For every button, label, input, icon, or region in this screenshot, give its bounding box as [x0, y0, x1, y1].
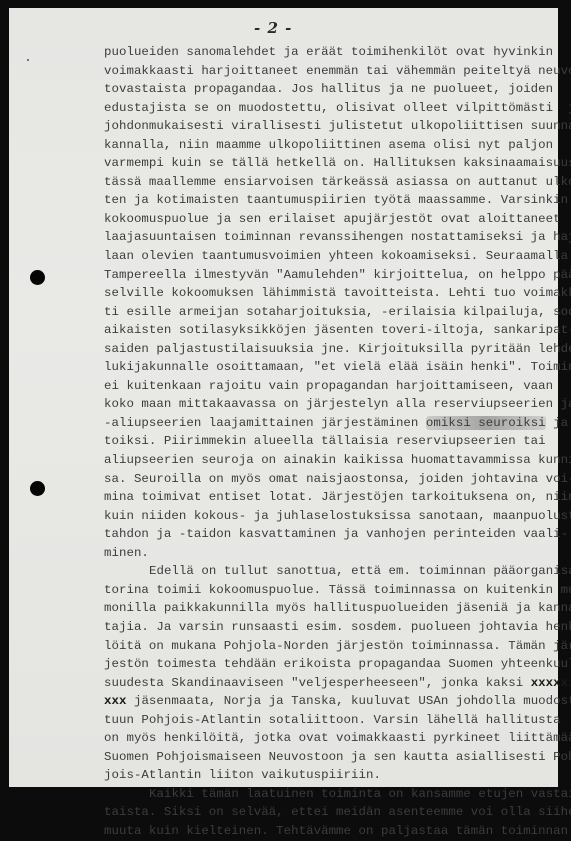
text-line: tuun Pohjois-Atlantin sotaliittoon. Vars… — [104, 711, 571, 730]
text-line: laajasuuntaisen toiminnan revanssihengen… — [104, 228, 571, 247]
text-line: ten ja kotimaisten taantumuspiirien työt… — [104, 191, 571, 210]
text-line: koko maan mittakaavassa on järjestelyn a… — [104, 395, 571, 414]
smudged-text: omiksi seuroiksi — [426, 416, 546, 430]
text-line: saiden paljastustilaisuuksia jne. Kirjoi… — [104, 340, 571, 359]
text-line: aliupseerien seuroja on ainakin kaikissa… — [104, 451, 571, 470]
text-line: Tampereella ilmestyvän "Aamulehden" kirj… — [104, 266, 571, 285]
text-line: voimakkaasti harjoittaneet enemmän tai v… — [104, 62, 571, 81]
text-line: xxx jäsenmaata, Norja ja Tanska, kuuluva… — [104, 692, 571, 711]
text-line: puolueiden sanomalehdet ja eräät toimihe… — [104, 43, 571, 62]
text-line: kannalla, niin maamme ulkopoliittinen as… — [104, 136, 571, 155]
text-line: lukijakunnalle osoittamaan, "et vielä el… — [104, 358, 571, 377]
text-line: tovastaista propagandaa. Jos hallitus ja… — [104, 80, 571, 99]
text-line: ti esille armeijan sotaharjoituksia, -er… — [104, 303, 571, 322]
text-line: johdonmukaisesti virallisesti julistetut… — [104, 117, 571, 136]
text-line: jois-Atlantin liiton vaikutuspiiriin. — [104, 766, 571, 785]
text-line: -aliupseerien laajamittainen järjestämin… — [104, 414, 571, 433]
text-line: ei kuitenkaan rajoitu vain propagandan h… — [104, 377, 571, 396]
text-line: mina toimivat entiset lotat. Järjestöjen… — [104, 488, 571, 507]
text-line: sa. Seuroilla on myös omat naisjaostonsa… — [104, 470, 571, 489]
scan-background: - 2 - puolueiden sanomalehdet ja eräät t… — [0, 0, 571, 800]
page-number: - 2 - — [254, 19, 292, 37]
text-line: löitä on mukana Pohjola-Norden järjestön… — [104, 637, 571, 656]
text-line: tajia. Ja varsin runsaasti esim. sosdem.… — [104, 618, 571, 637]
text-line: monilla paikkakunnilla myös hallituspuol… — [104, 599, 571, 618]
text-line: torina toimii kokoomuspuolue. Tässä toim… — [104, 581, 571, 600]
text-line: suudesta Skandinaaviseen "veljesperheese… — [104, 674, 571, 693]
text-line: tässä maallemme ensiarvoisen tärkeässä a… — [104, 173, 571, 192]
paper-speck — [27, 59, 29, 61]
struck-out-text: xxxxxix — [531, 676, 571, 690]
text-line: on myös henkilöitä, jotka ovat voimakkaa… — [104, 729, 571, 748]
text-line: Suomen Pohjoismaiseen Neuvostoon ja sen … — [104, 748, 571, 767]
text-line: tahdon ja -taidon kasvattaminen ja vanho… — [104, 525, 571, 544]
text-line: Kaikki tämän laatuinen toiminta on kansa… — [104, 785, 571, 800]
text-line: laan olevien taantumusvoimien yhteen kok… — [104, 247, 571, 266]
text-line: kuin niiden kokous- ja juhlaselostuksiss… — [104, 507, 571, 526]
punch-hole-bottom — [30, 481, 45, 496]
text-line: kokoomuspuolue ja sen erilaiset apujärje… — [104, 210, 571, 229]
text-line: aikaisten sotilasyksikköjen jäsenten tov… — [104, 321, 571, 340]
text-line: selville kokoomuksen lähimmistä tavoitte… — [104, 284, 571, 303]
text-line: minen. — [104, 544, 571, 563]
punch-hole-top — [30, 270, 45, 285]
typewritten-body-text: puolueiden sanomalehdet ja eräät toimihe… — [104, 43, 571, 800]
struck-out-text: xxx — [104, 694, 126, 708]
text-line: varmempi kuin se tällä hetkellä on. Hall… — [104, 154, 571, 173]
text-line: edustajista se on muodostettu, olisivat … — [104, 99, 571, 118]
text-line: toiksi. Piirimmekin alueella tällaisia r… — [104, 432, 571, 451]
text-line: jestön toimesta tehdään erikoista propag… — [104, 655, 571, 674]
text-line: Edellä on tullut sanottua, että em. toim… — [104, 562, 571, 581]
